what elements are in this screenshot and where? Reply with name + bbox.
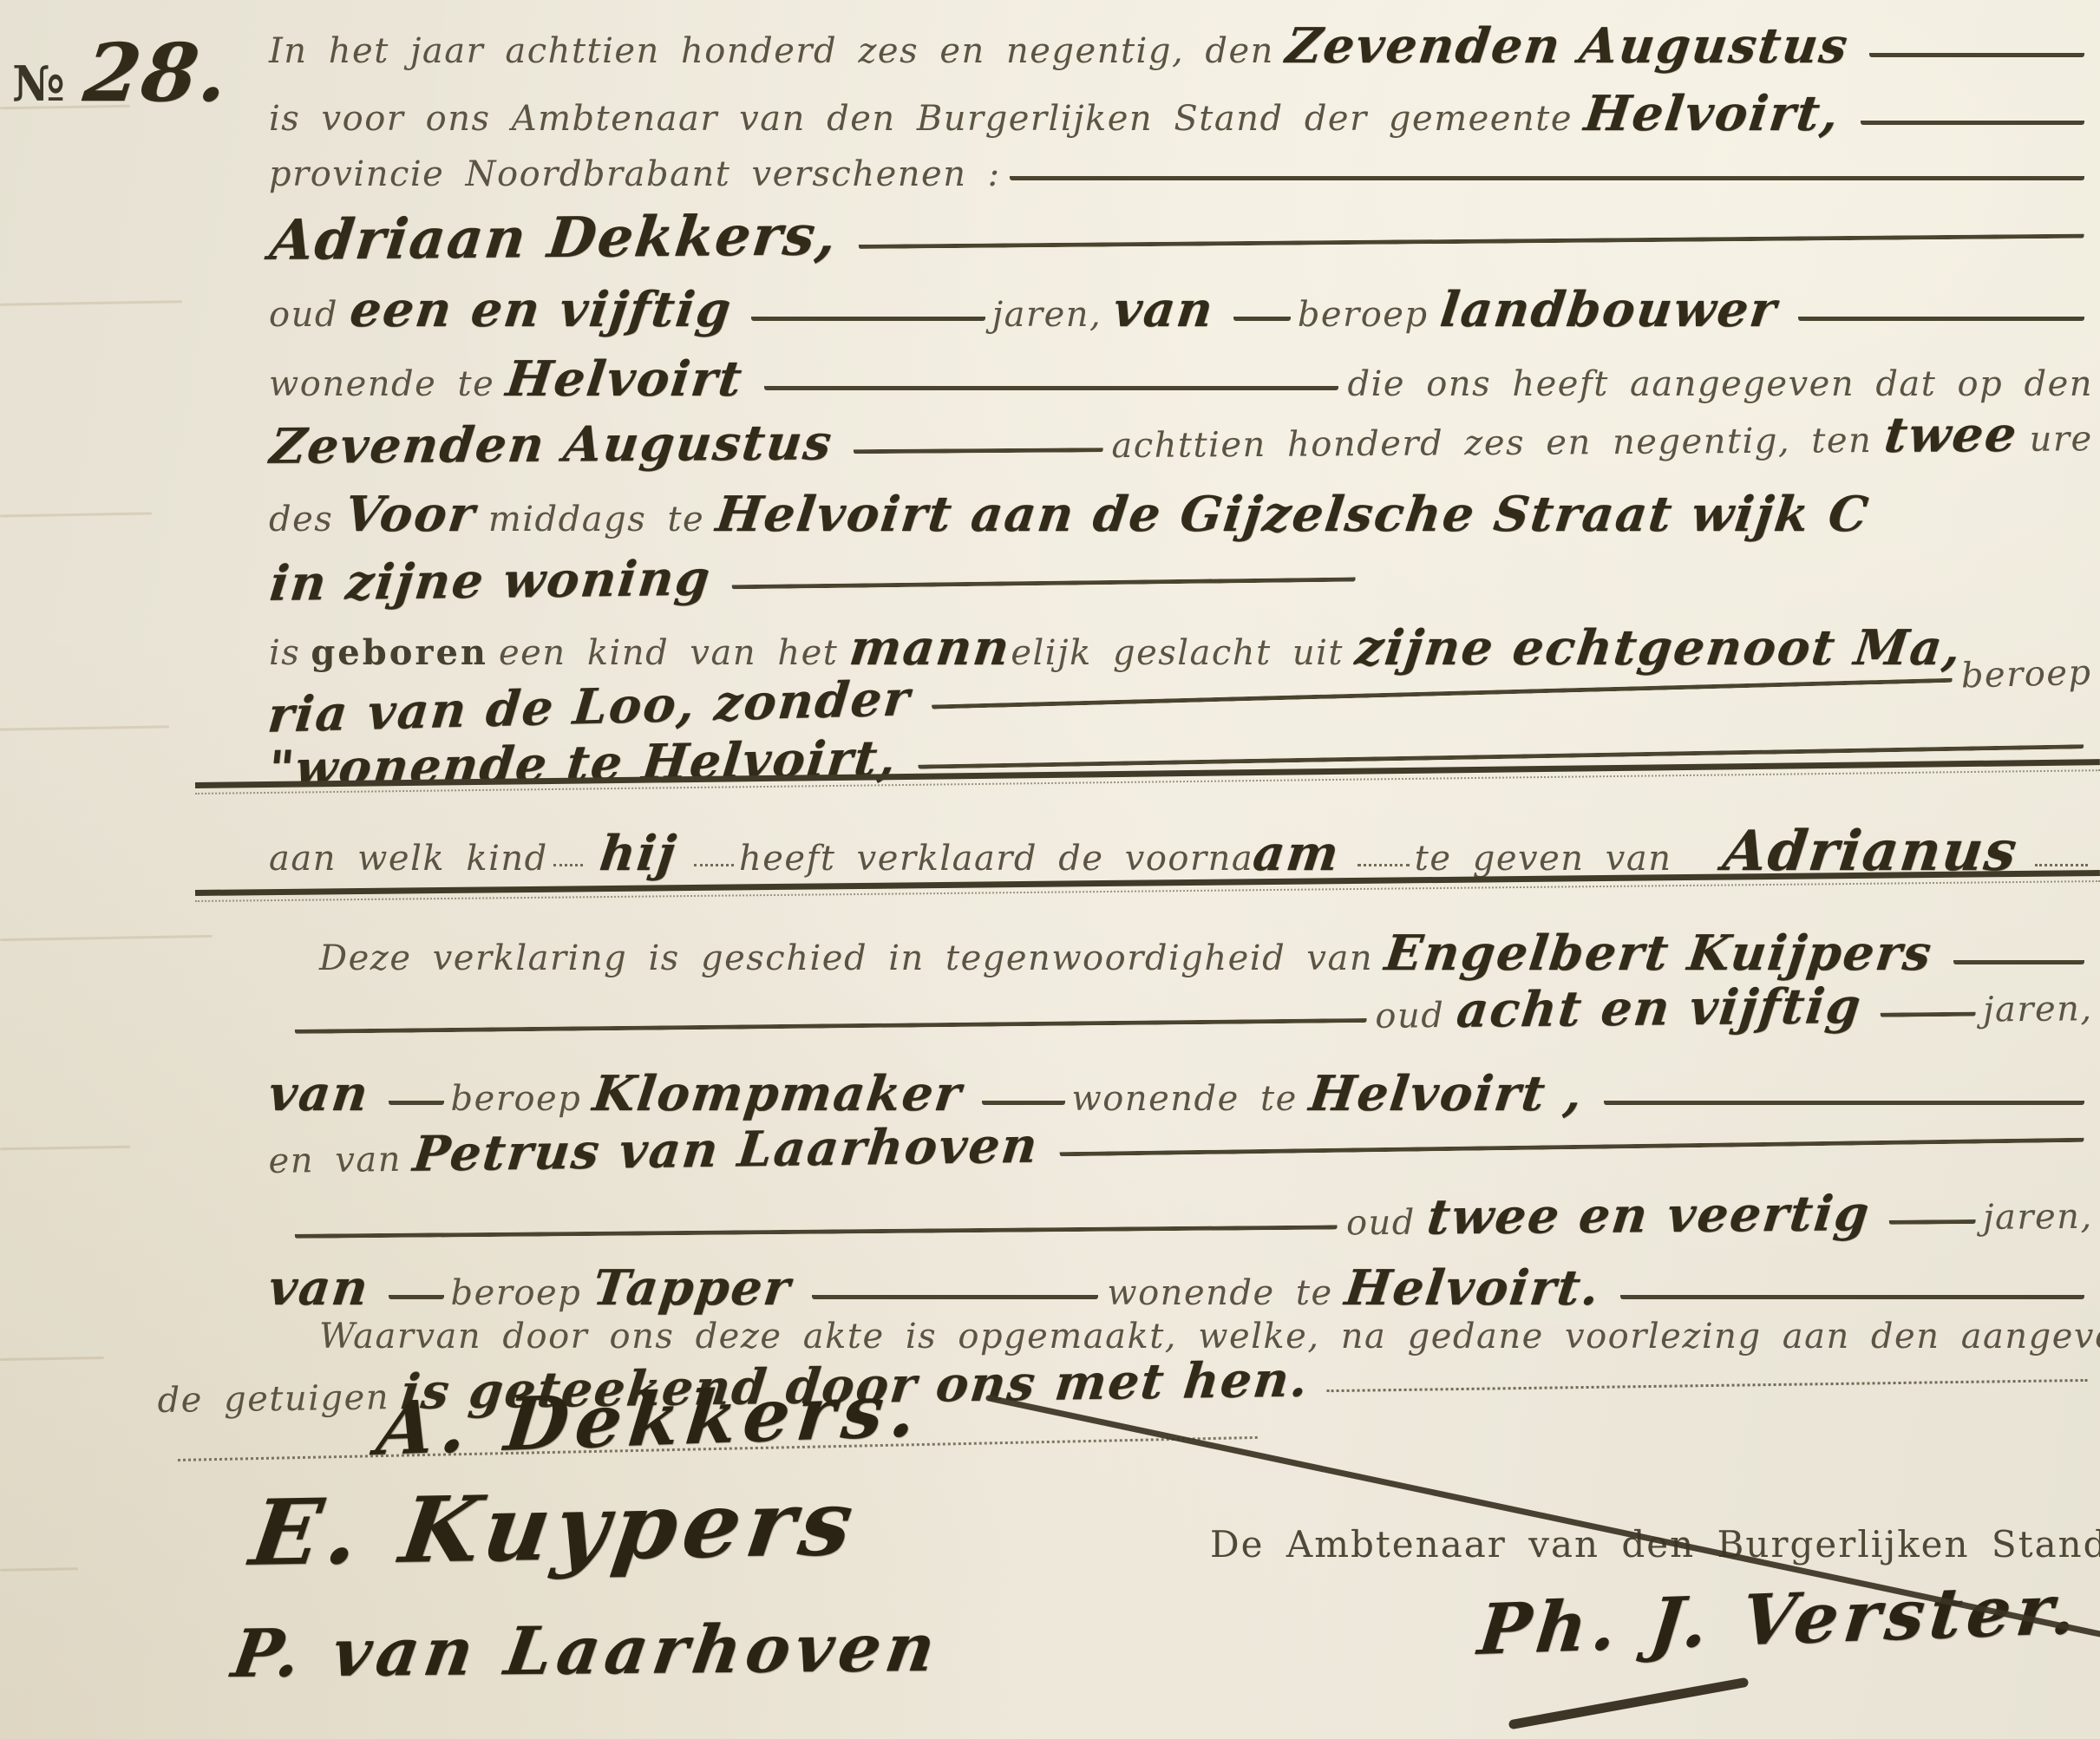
hw-in-dwelling: in zijne woning [267,550,714,612]
signature-official: Ph. J. Verster. [1475,1567,2085,1670]
act-number-label: № [12,56,66,113]
hw-declarant-residence: Helvoirt [503,350,746,408]
hw-birth-date: Zevenden Augustus [267,414,836,475]
printed-year-hour-text: achttien honderd zes en negentig, ten [1111,421,1872,466]
label-beroep: beroep [1298,295,1429,335]
hw-declaration-date: Zevenden Augustus [1283,17,1852,75]
label-jaren: jaren, [992,295,1102,335]
hw-birth-address: Helvoirt aan de Gijzelsche Straat wijk C [713,486,1873,543]
hw-witness1-profession: Klompmaker [590,1065,965,1122]
hw-municipality: Helvoirt, [1581,85,1843,142]
printed-verklaring-text: Deze verklaring is geschied in tegenwoor… [319,938,1373,978]
hw-voormiddag: Voor [342,486,480,543]
hw-van: van [1110,281,1218,338]
label-beroep-witness2: beroep [451,1273,582,1313]
printed-registrar-text: is voor ons Ambtenaar van den Burgerlijk… [269,99,1573,139]
hw-witness2-age: twee en veertig [1424,1185,1874,1246]
printed-aan-welk-kind: aan welk kind [269,839,548,879]
label-en-van: en van [268,1140,402,1181]
signature-witness1: E. Kuypers [245,1468,865,1586]
printed-province-text: provincie Noordbrabant verschenen : [269,154,1001,194]
label-jaren-witness2: jaren, [1983,1197,2093,1238]
paper-ghost-line [0,1567,78,1572]
label-oud-witness1: oud [1375,996,1444,1036]
rule-line [1010,166,2084,180]
label-beroep-mother: beroep [1960,653,2092,696]
hw-voornaam-overwrite: am [1250,825,1344,882]
act-number-block: № 28. [12,26,241,120]
rule-line [295,1008,1367,1034]
hw-declarant-name: Adriaan Dekkers, [266,203,841,273]
hw-witness2-profession: Tapper [590,1259,795,1317]
label-geboren: geboren [311,632,488,673]
line-witness2-age: oud twee en veertig jaren, [285,1183,2092,1256]
line-witness1-name: Deze verklaring is geschied in tegenwoor… [319,925,2093,982]
rule-line [932,668,1953,709]
hw-witness2-residence: Helvoirt. [1342,1259,1604,1317]
rule-line [854,437,1103,454]
hw-witness2-name: Petrus van Laarhoven [410,1117,1042,1183]
rule-line [732,567,1356,590]
rule-line [764,376,1339,390]
line-residence: wonende te Helvoirt die ons heeft aangeg… [269,350,2093,408]
line-year-and-day: In het jaar achttien honderd zes en nege… [269,17,2093,75]
rule-dash [751,306,985,321]
paper-ghost-line [0,1357,104,1361]
printed-getuigen-text: de getuigen [157,1377,389,1421]
dotted-rule [1327,1369,2088,1392]
rule-line [1620,1285,2084,1299]
dotted-rule [2035,853,2088,866]
line-witness1-age: oud acht en vijftig jaren, [285,975,2093,1051]
rule-dash [982,1090,1065,1105]
dotted-rule [553,853,583,866]
line-birth-date-hour: Zevenden Augustus achttien honderd zes e… [258,405,2093,475]
line-registrar-municipality: is voor ons Ambtenaar van den Burgerlijk… [269,85,2093,142]
paper-ghost-line [0,725,169,730]
line-age-profession: oud een en vijftig jaren, van beroep lan… [269,281,2093,338]
line-province: provincie Noordbrabant verschenen : [269,154,2093,194]
paper-ghost-line [0,1146,130,1151]
printed-voornaam-text: heeft verklaard de voorna [739,839,1253,879]
label-des: des [269,500,333,539]
birth-certificate-page: № 28. In het jaar achttien honderd zes e… [0,0,2100,1739]
label-wonende-te: wonende te [269,364,494,404]
rule-dash [1233,306,1291,321]
rule-line [295,1214,1338,1238]
label-ure: ure [2030,419,2093,460]
rule-dash [1881,1002,1976,1017]
printed-te-geven-van: te geven van [1415,839,1672,879]
printed-year-text: In het jaar achttien honderd zes en nege… [269,31,1274,71]
hw-van-witness2: van [265,1259,373,1317]
hw-declarant-age: een en vijftig [347,281,736,338]
rule-dash [389,1285,444,1299]
hw-birth-hour: twee [1881,406,2020,464]
label-oud: oud [269,295,338,335]
label-jaren-witness1: jaren, [1983,989,2093,1030]
rule-dash [389,1090,444,1105]
line-birth-place-address: des Voor middags te Helvoirt aan de Gijz… [269,486,2093,543]
rule-line [1798,306,2084,321]
rule-line [1060,1128,2084,1156]
dotted-rule [1357,853,1410,866]
official-signature-flourish [1514,1683,1743,1724]
hw-witness1-age: acht en vijftig [1454,977,1865,1039]
rule-line [858,224,2084,249]
official-title: De Ambtenaar van den Burgerlijken Stand, [1210,1523,2100,1566]
rule-line [1861,110,2084,125]
label-is: is [269,633,300,673]
hw-witness1-name: Engelbert Kuijpers [1382,925,1936,982]
rule-dash [1889,1209,1976,1225]
paper-ghost-line [0,935,213,941]
hw-hij: hij [597,825,680,882]
label-beroep-witness1: beroep [451,1079,582,1119]
paper-ghost-line [0,512,152,517]
label-middags-te: middags te [488,500,704,539]
line-witness2-profession-residence: van beroep Tapper wonende te Helvoirt. [257,1259,2093,1317]
label-oud-witness2: oud [1346,1203,1416,1244]
printed-kind-text: een kind van het [499,633,838,673]
rule-line [1869,42,2084,57]
signature-witness2: P. van Laarhoven [227,1609,945,1692]
rule-line [812,1285,1098,1299]
hw-van-witness1: van [265,1065,373,1122]
rule-line [1953,950,2084,964]
line-declarant-name: Adriaan Dekkers, [258,193,2093,273]
act-number-value: 28. [80,26,235,120]
hw-declarant-profession: landbouwer [1437,281,1781,338]
printed-aangegeven-text: die ons heeft aangegeven dat op den [1347,364,2093,404]
label-wonende-witness2: wonende te [1107,1273,1332,1313]
signature-declarant: A. Dekkers. [373,1367,927,1472]
line-in-dwelling: in zijne woning [258,541,1364,612]
dotted-rule [694,853,734,866]
paper-ghost-line [0,300,182,306]
